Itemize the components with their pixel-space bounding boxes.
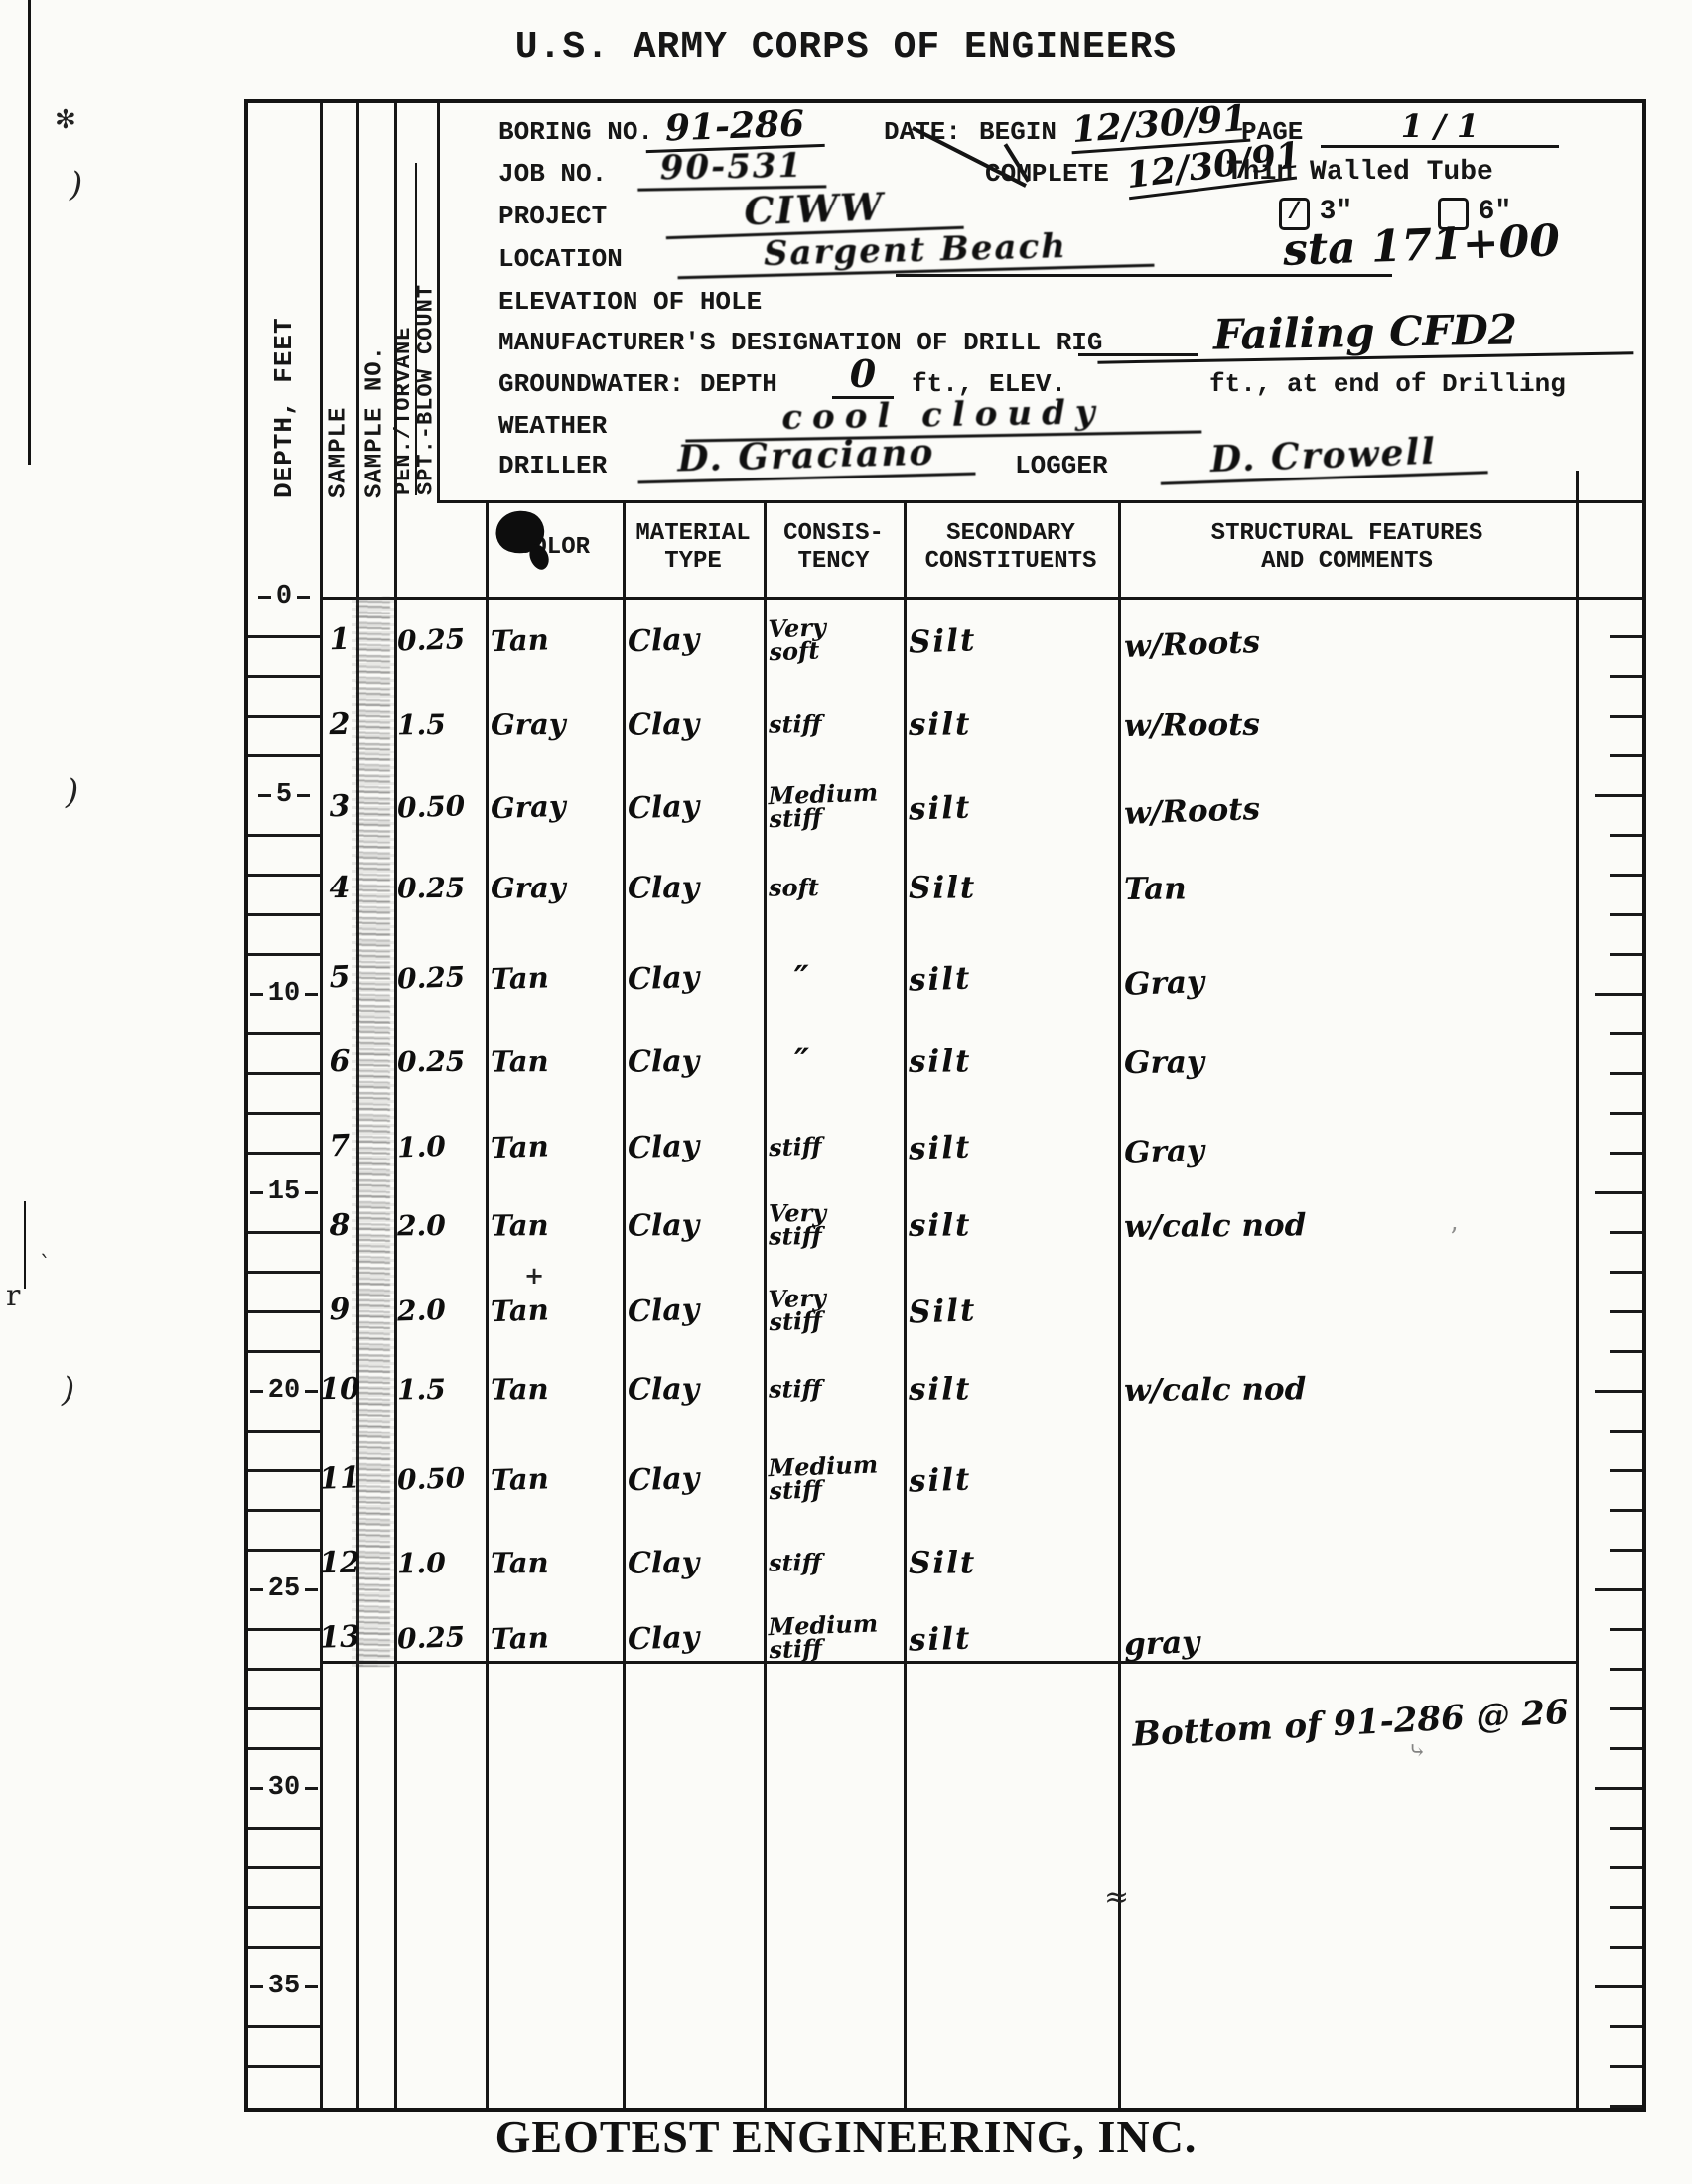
groundwater-depth-value: 0 <box>832 351 894 399</box>
consistency-cell: ″ <box>768 930 927 1023</box>
color-cell: Tan <box>490 1100 622 1191</box>
table-row: 92.0TanClayVery stiffSilt <box>248 1266 1642 1353</box>
comments-cell: w/Roots <box>1124 678 1572 769</box>
groundwater-label: GROUNDWATER: DEPTH <box>498 369 777 399</box>
ruler-tick <box>1610 2105 1642 2108</box>
sample-no-cell: 4 <box>322 844 358 931</box>
ruler-tick <box>1595 1787 1642 1790</box>
depth-label-dash <box>250 1787 263 1790</box>
consistency-cell: Very stiff <box>768 1264 902 1356</box>
column-header-material-type: MATERIAL TYPE <box>626 502 761 594</box>
secondary-constituents-cell: silt <box>908 758 1117 853</box>
driller-value: D. Graciano <box>636 431 975 484</box>
sample-no-cell: 6 <box>322 1018 358 1105</box>
station-value: sta 171+00 <box>1282 215 1562 276</box>
comments-cell: Gray <box>1123 925 1573 1028</box>
pen-torvane-cell: 0.25 <box>395 594 486 684</box>
pen-torvane-cell: 2.0 <box>397 1181 486 1270</box>
company-footer: GEOTEST ENGINEERING, INC. <box>0 2111 1692 2163</box>
sample-no-cell: 13 <box>320 1592 358 1681</box>
table-row: 10.25TanClayVery softSiltw/Roots <box>248 596 1642 683</box>
color-cell: Gray <box>491 843 621 931</box>
sample-no-cell: 11 <box>320 1433 358 1522</box>
ruler-tick <box>1610 2025 1642 2028</box>
consistency-cell: Medium stiff <box>768 1591 902 1684</box>
material-type-cell: Clay <box>628 1180 762 1269</box>
ruler-tick <box>1595 1985 1642 1988</box>
table-row: 50.25TanClay″siltGray <box>248 933 1642 1021</box>
side-label-sample: SAMPLE <box>324 349 353 498</box>
secondary-constituents-cell: silt <box>909 1344 1116 1433</box>
side-label-spt-blow-count: SPT.-BLOW COUNT <box>416 165 436 495</box>
color-cell: Gray <box>490 760 622 852</box>
pen-mark-artifact: ⤷ <box>1408 1739 1426 1764</box>
comments-cell: gray <box>1123 1585 1573 1689</box>
sample-no-cell: 8 <box>322 1181 358 1269</box>
comments-cell <box>1123 1427 1573 1530</box>
ruler-tick <box>1610 2065 1642 2068</box>
depth-tick-line <box>248 1707 320 1710</box>
pen-mark-artifact: ≈ <box>1104 1880 1129 1915</box>
driller-label: DRILLER <box>498 451 607 480</box>
job-no-value: 90-531 <box>637 145 827 191</box>
secondary-constituents-cell: silt <box>909 1180 1116 1270</box>
table-row: 101.5TanClaystiffsiltw/calc nod <box>248 1345 1642 1433</box>
scan-edge-line <box>24 1201 26 1289</box>
boring-no-label: BORING NO. <box>498 117 653 147</box>
secondary-constituents-cell: silt <box>908 1098 1117 1192</box>
pen-torvane-cell: 1.5 <box>397 680 486 768</box>
groundwater-elev-value <box>1078 353 1198 356</box>
pen-mark-artifact: ’ <box>1450 1223 1458 1253</box>
color-cell: Tan <box>490 594 622 685</box>
material-type-cell: Clay <box>628 679 762 767</box>
table-row: 60.25TanClay″siltGray <box>248 1018 1642 1105</box>
consistency-cell: stiff <box>769 679 901 767</box>
logger-label: LOGGER <box>1015 451 1108 480</box>
material-type-cell: Clay <box>627 1433 763 1525</box>
pen-torvane-cell: 0.25 <box>395 1591 486 1682</box>
consistency-cell: Medium stiff <box>768 760 902 853</box>
depth-label-dash <box>305 1985 318 1988</box>
color-cell: Tan <box>490 1433 622 1524</box>
scan-artifact: ✻ <box>55 105 76 135</box>
consistency-cell: Very stiff <box>769 1180 901 1269</box>
color-cell: Tan <box>490 931 622 1023</box>
consistency-cell: soft <box>769 843 901 931</box>
ruler-tick <box>1610 1946 1642 1949</box>
depth-tick-line <box>248 1866 320 1869</box>
secondary-constituents-cell: silt <box>908 929 1117 1024</box>
comments-cell: w/calc nod <box>1124 1343 1572 1434</box>
page-value: 1 / 1 <box>1321 107 1559 148</box>
consistency-cell: ″ <box>769 1017 926 1105</box>
pen-torvane-cell: 2.0 <box>395 1264 486 1354</box>
elevation-label: ELEVATION OF HOLE <box>498 287 762 317</box>
comments-cell: w/Roots <box>1123 588 1573 691</box>
sample-no-cell: 5 <box>320 932 358 1021</box>
depth-label-30: 30 <box>248 1773 320 1803</box>
table-row: 130.25TanClayMedium stiffsiltgray <box>248 1593 1642 1681</box>
job-no-label: JOB NO. <box>498 159 607 189</box>
color-cell: Tan <box>491 1017 621 1105</box>
depth-tick-line <box>248 1827 320 1830</box>
elevation-value <box>896 274 1392 277</box>
logger-value: D. Crowell <box>1159 429 1487 484</box>
scanned-boring-log-page: U.S. ARMY CORPS OF ENGINEERS ✻ ) ) ) r `… <box>0 0 1692 2184</box>
comments-cell: Gray <box>1124 1016 1572 1107</box>
material-type-cell: Clay <box>627 1100 763 1192</box>
side-label-pen-torvane: PEN./TORVANE <box>393 165 414 495</box>
material-type-cell: Clay <box>628 1017 762 1105</box>
material-type-cell: Clay <box>627 1591 763 1684</box>
comments-cell: w/calc nod <box>1124 1179 1572 1271</box>
color-cell: Tan <box>490 1591 622 1683</box>
secondary-constituents-cell: silt <box>909 679 1116 768</box>
sample-no-cell: 7 <box>320 1101 358 1189</box>
column-header-consistency: CONSIS- TENCY <box>767 502 901 594</box>
column-header-secondary-constituents: SECONDARY CONSTITUENTS <box>907 502 1115 594</box>
ruler-tick <box>1610 1827 1642 1830</box>
ruler-tick <box>1610 1747 1642 1750</box>
material-type-cell: Clay <box>627 760 763 853</box>
scan-artifact: r <box>6 1279 20 1313</box>
ruler-tick <box>1610 1707 1642 1710</box>
depth-label-35: 35 <box>248 1972 320 2001</box>
sample-no-cell: 10 <box>322 1345 358 1433</box>
ruler-tick <box>1610 1866 1642 1869</box>
color-cell: Tan <box>491 1180 621 1269</box>
scan-artifact: ) <box>66 772 78 812</box>
begin-label: BEGIN <box>979 117 1057 147</box>
depth-label-dash <box>250 1985 263 1988</box>
secondary-constituents-cell: Silt <box>908 1262 1117 1356</box>
consistency-cell: Very soft <box>768 594 902 686</box>
ruler-tick <box>1610 1906 1642 1909</box>
secondary-constituents-cell: Silt <box>909 843 1116 932</box>
depth-tick-line <box>248 2065 320 2068</box>
table-row: 21.5GrayClaystiffsiltw/Roots <box>248 680 1642 767</box>
sample-no-cell: 3 <box>320 761 358 850</box>
table-row: 40.25GrayClaysoftSiltTan <box>248 844 1642 931</box>
table-row: 110.50TanClayMedium stiffsilt <box>248 1434 1642 1522</box>
pen-torvane-cell: 1.0 <box>395 1100 486 1190</box>
consistency-cell: Medium stiff <box>768 1433 902 1525</box>
scan-artifact: ` <box>40 1253 51 1278</box>
pen-torvane-cell: 1.5 <box>397 1345 486 1433</box>
pen-torvane-cell: 0.25 <box>397 844 486 932</box>
color-cell: Gray <box>491 679 621 767</box>
sample-no-cell: 1 <box>320 595 358 683</box>
material-type-cell: Clay <box>627 594 763 686</box>
pen-torvane-cell: 0.50 <box>395 1433 486 1523</box>
material-type-cell: Clay <box>627 1264 763 1356</box>
groundwater-end-label: ft., at end of Drilling <box>1209 369 1566 399</box>
depth-label-number: 30 <box>268 1773 300 1803</box>
bottom-of-boring-note: Bottom of 91-286 @ 26 <box>1131 1692 1579 1754</box>
comments-cell: Tan <box>1124 842 1572 933</box>
scan-artifact: ) <box>62 1370 74 1410</box>
column-header-structural-features: STRUCTURAL FEATURES AND COMMENTS <box>1121 502 1573 594</box>
sample-no-cell: 2 <box>322 680 358 767</box>
depth-label-number: 35 <box>268 1972 300 2001</box>
side-label-sample-no: SAMPLE NO. <box>359 297 391 498</box>
location-label: LOCATION <box>498 244 623 274</box>
depth-tick-line <box>248 2025 320 2028</box>
weather-label: WEATHER <box>498 411 607 441</box>
color-cell: Tan <box>490 1264 622 1355</box>
secondary-constituents-cell: Silt <box>908 592 1117 686</box>
complete-label: COMPLETE <box>985 159 1109 189</box>
scan-edge-line <box>28 0 31 465</box>
material-type-cell: Clay <box>628 1344 762 1433</box>
secondary-constituents-cell: silt <box>909 1017 1116 1106</box>
scan-artifact: ) <box>70 165 82 205</box>
secondary-constituents-cell: silt <box>908 1589 1117 1684</box>
drill-rig-label: MANUFACTURER'S DESIGNATION OF DRILL RIG <box>498 328 1103 357</box>
secondary-constituents-cell: silt <box>908 1431 1117 1525</box>
side-label-depth-feet: DEPTH, FEET <box>258 212 310 498</box>
project-label: PROJECT <box>498 202 607 231</box>
table-row: 82.0TanClayVery stiffsiltw/calc nod <box>248 1181 1642 1269</box>
pen-mark-artifact: + <box>524 1261 544 1290</box>
color-cell: Tan <box>491 1344 621 1433</box>
material-type-cell: Clay <box>627 931 763 1024</box>
table-row: 71.0TanClaystiffsiltGray <box>248 1102 1642 1189</box>
depth-tick-line <box>248 1747 320 1750</box>
material-type-cell: Clay <box>628 843 762 931</box>
pen-torvane-cell: 0.25 <box>397 1018 486 1106</box>
depth-tick-line <box>248 1906 320 1909</box>
boring-log-form: DEPTH, FEET SAMPLE SAMPLE NO. PEN./TORVA… <box>244 99 1646 2112</box>
depth-tick-line <box>248 1946 320 1949</box>
sample-no-cell: 9 <box>320 1265 358 1353</box>
pen-torvane-cell: 0.25 <box>395 931 486 1022</box>
consistency-cell: stiff <box>769 1344 901 1433</box>
consistency-cell: stiff <box>768 1100 902 1192</box>
page-title: U.S. ARMY CORPS OF ENGINEERS <box>0 26 1692 68</box>
table-row: 30.50GrayClayMedium stiffsiltw/Roots <box>248 762 1642 850</box>
thin-walled-tube-label: Thin Walled Tube <box>1226 157 1493 188</box>
pen-torvane-cell: 0.50 <box>395 760 486 851</box>
depth-label-dash <box>305 1787 318 1790</box>
